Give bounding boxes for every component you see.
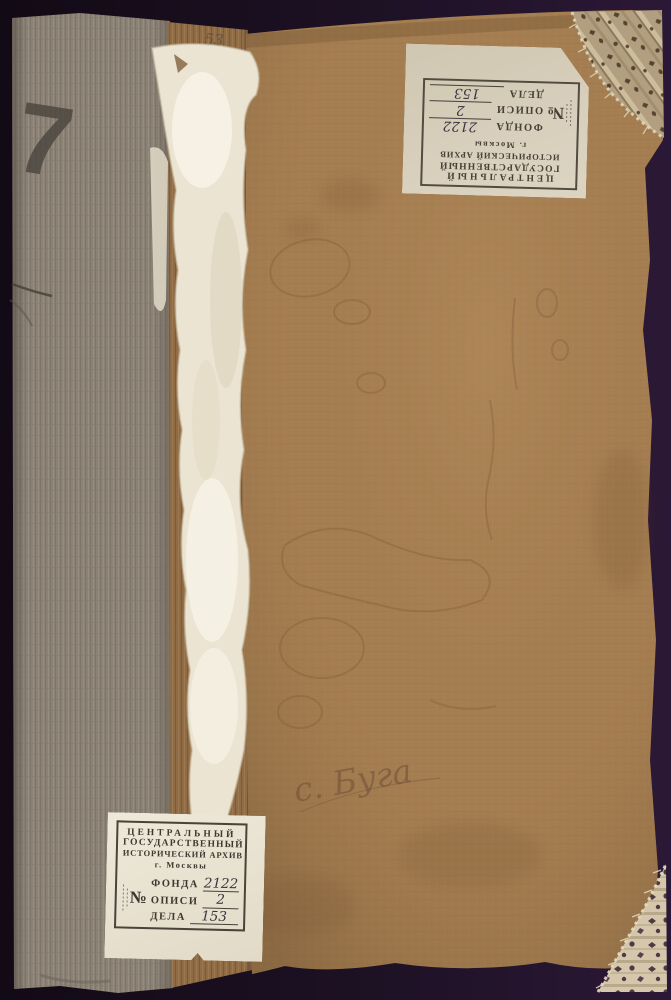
field-label: ФОНДА xyxy=(151,878,203,891)
field-label: ФОНДА xyxy=(491,119,543,132)
field-value-handwritten: 153 xyxy=(430,84,505,101)
archive-org-name: ЦЕНТРАЛЬНЫЙ ГОСУДАРСТВЕННЫЙ ИСТОРИЧЕСКИЙ… xyxy=(122,827,240,871)
field-value-handwritten: 153 xyxy=(190,909,239,925)
field-row-fond: ФОНДА 2122 xyxy=(151,875,239,892)
archive-stamp: ЦЕНТРАЛЬНЫЙ ГОСУДАРСТВЕННЫЙ ИСТОРИЧЕСКИЙ… xyxy=(420,78,580,190)
field-label: ДЕЛА xyxy=(504,86,544,99)
field-label: ДЕЛА xyxy=(150,911,190,924)
archive-org-name: ЦЕНТРАЛЬНЫЙ ГОСУДАРСТВЕННЫЙ ИСТОРИЧЕСКИЙ… xyxy=(427,138,571,183)
field-value-handwritten: 2122 xyxy=(203,876,239,892)
field-row-delo: ДЕЛА 153 xyxy=(150,908,238,925)
field-label: ОПИСИ xyxy=(151,895,203,908)
numero-sign: № xyxy=(129,888,147,908)
printer-mark xyxy=(565,98,573,128)
archival-book-cover-scan: 7 53 с. Буга xyxy=(0,0,671,1000)
field-label: ОПИСИ xyxy=(491,102,543,115)
numero-sign: № xyxy=(547,102,565,122)
archive-stamp: ЦЕНТРАЛЬНЫЙ ГОСУДАРСТВЕННЫЙ ИСТОРИЧЕСКИЙ… xyxy=(114,820,248,931)
field-value-handwritten: 2 xyxy=(202,893,239,909)
field-row-opis: ОПИСИ 2 xyxy=(429,101,543,119)
archive-label-bottom: ЦЕНТРАЛЬНЫЙ ГОСУДАРСТВЕННЫЙ ИСТОРИЧЕСКИЙ… xyxy=(104,812,266,962)
field-row-fond: ФОНДА 2122 xyxy=(429,117,543,135)
org-line: г. Москвы xyxy=(122,858,239,871)
printer-mark xyxy=(121,882,129,912)
stamp-fields: № ФОНДА 2122 ОПИСИ 2 ДЕЛА 153 xyxy=(429,84,573,138)
field-value-handwritten: 2122 xyxy=(429,117,492,134)
field-row-opis: ОПИСИ 2 xyxy=(151,892,239,909)
field-row-delo: ДЕЛА 153 xyxy=(430,84,544,102)
stamp-fields: № ФОНДА 2122 ОПИСИ 2 ДЕЛА 153 xyxy=(121,872,239,925)
field-value-handwritten: 2 xyxy=(429,101,492,118)
archive-label-top: ЦЕНТРАЛЬНЫЙ ГОСУДАРСТВЕННЫЙ ИСТОРИЧЕСКИЙ… xyxy=(402,43,590,198)
